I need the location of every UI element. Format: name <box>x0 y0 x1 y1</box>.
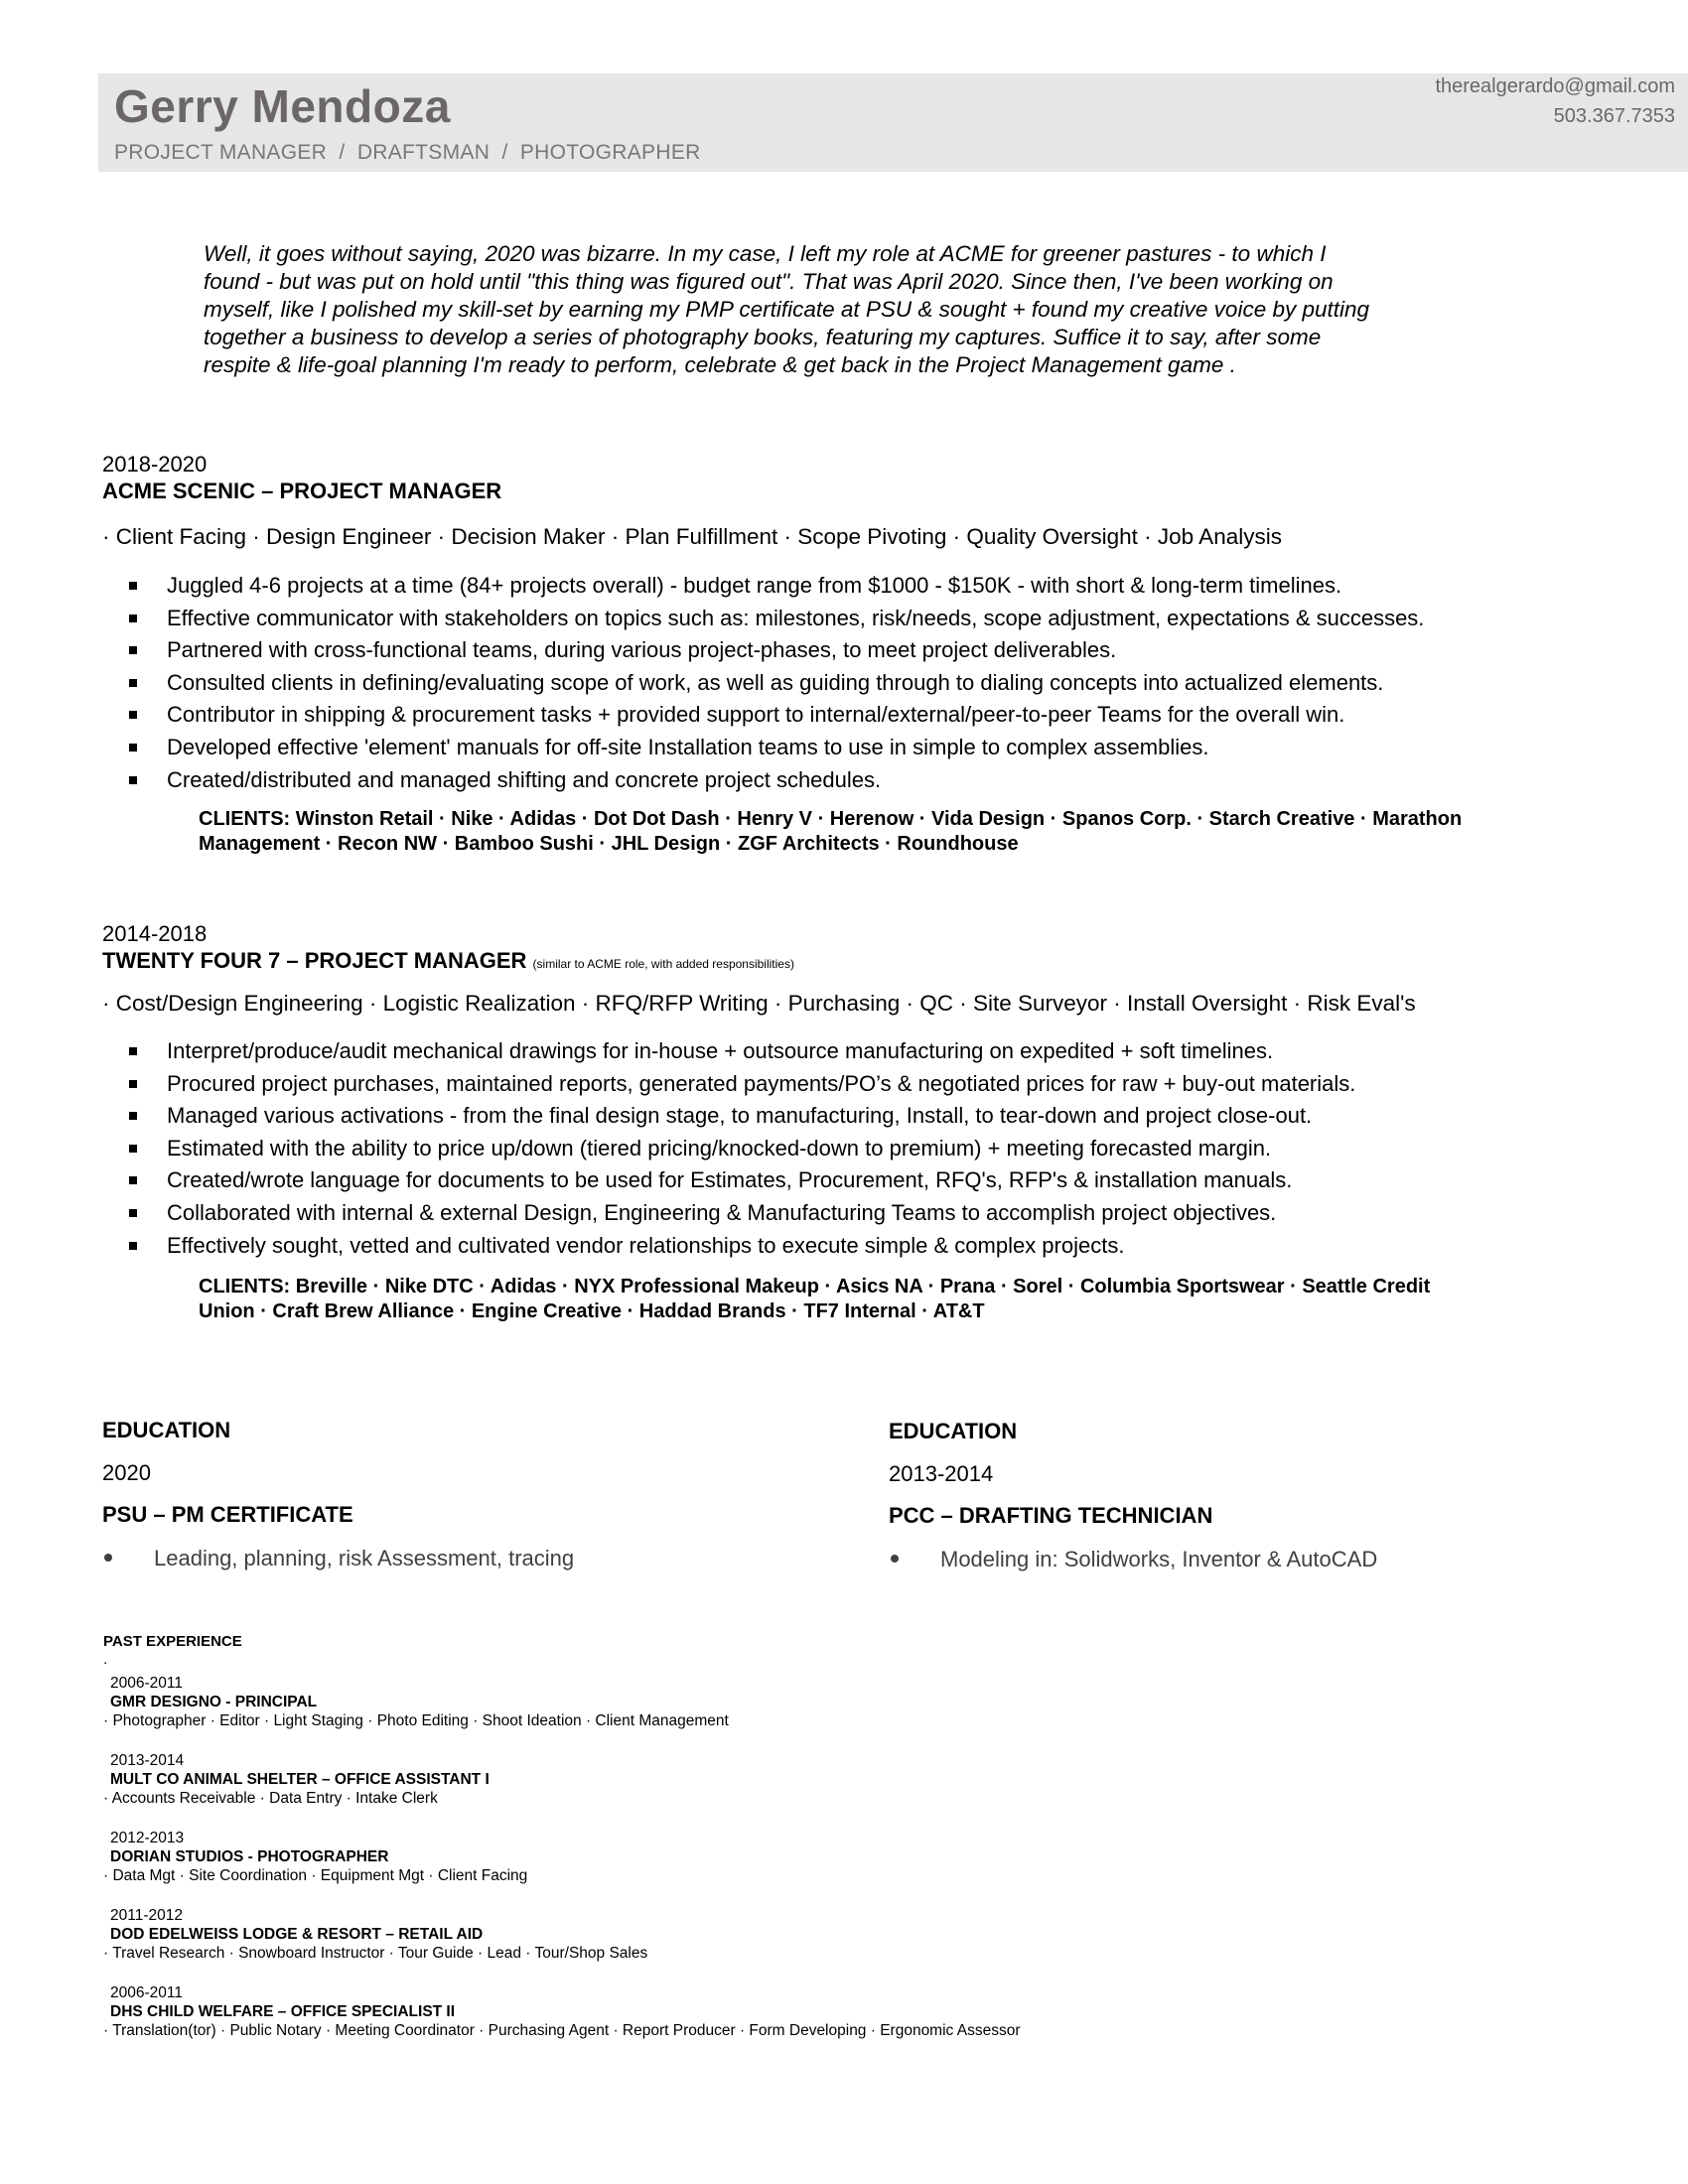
round-bullet-icon <box>104 1554 112 1562</box>
email-link[interactable]: therealgerardo@gmail.com <box>1435 75 1675 98</box>
education-title: PSU – PM CERTIFICATE <box>102 1502 353 1528</box>
bullet-text: Consulted clients in defining/evaluating… <box>167 670 1383 695</box>
list-item: Developed effective 'element' manuals fo… <box>129 732 1424 764</box>
square-bullet-icon <box>129 744 137 751</box>
past-job: 2013-2014 MULT CO ANIMAL SHELTER – OFFIC… <box>103 1751 490 1808</box>
bullet-text: Estimated with the ability to price up/d… <box>167 1136 1271 1160</box>
education-years: 2013-2014 <box>889 1461 993 1487</box>
bullet-text: Managed various activations - from the f… <box>167 1103 1312 1128</box>
list-item: Contributor in shipping & procurement ta… <box>129 699 1424 732</box>
job-title: ACME SCENIC – PROJECT MANAGER <box>102 478 501 504</box>
square-bullet-icon <box>129 1145 137 1153</box>
square-bullet-icon <box>129 614 137 622</box>
intro-paragraph: Well, it goes without saying, 2020 was b… <box>204 240 1534 379</box>
list-item: Created/distributed and managed shifting… <box>129 764 1424 797</box>
past-job-years: 2011-2012 <box>103 1906 647 1925</box>
list-item: Interpret/produce/audit mechanical drawi… <box>129 1035 1355 1068</box>
intro-line: respite & life-goal planning I'm ready t… <box>204 351 1534 379</box>
education-bullet-text: Leading, planning, risk Assessment, trac… <box>154 1546 574 1570</box>
square-bullet-icon <box>129 646 137 654</box>
past-job: 2006-2011 DHS CHILD WELFARE – OFFICE SPE… <box>103 1983 1020 2040</box>
clients-list: CLIENTS: Breville · Nike DTC · Adidas · … <box>199 1275 1589 1324</box>
list-item: Effectively sought, vetted and cultivate… <box>129 1230 1355 1263</box>
list-item: Collaborated with internal & external De… <box>129 1197 1355 1230</box>
job-title-text: ACME SCENIC – PROJECT MANAGER <box>102 478 501 503</box>
square-bullet-icon <box>129 776 137 784</box>
past-job-skills: · Photographer · Editor · Light Staging … <box>103 1711 729 1730</box>
list-item: Juggled 4-6 projects at a time (84+ proj… <box>129 570 1424 603</box>
intro-line: together a business to develop a series … <box>204 324 1534 351</box>
past-job-skills: · Accounts Receivable · Data Entry · Int… <box>103 1789 490 1808</box>
education-bullet: Leading, planning, risk Assessment, trac… <box>104 1546 574 1571</box>
bullet-text: Effective communicator with stakeholders… <box>167 606 1424 630</box>
square-bullet-icon <box>129 1112 137 1120</box>
clients-line: Management · Recon NW · Bamboo Sushi · J… <box>199 832 1589 857</box>
intro-line: myself, like I polished my skill-set by … <box>204 296 1534 324</box>
clients-line: CLIENTS: Winston Retail · Nike · Adidas … <box>199 807 1589 832</box>
list-item: Created/wrote language for documents to … <box>129 1164 1355 1197</box>
square-bullet-icon <box>129 1209 137 1217</box>
bullet-text: Partnered with cross-functional teams, d… <box>167 637 1116 662</box>
past-job-title: DORIAN STUDIOS - PHOTOGRAPHER <box>103 1847 527 1866</box>
candidate-name: Gerry Mendoza <box>114 79 451 133</box>
square-bullet-icon <box>129 582 137 590</box>
list-item: Partnered with cross-functional teams, d… <box>129 634 1424 667</box>
education-title: PCC – DRAFTING TECHNICIAN <box>889 1503 1212 1529</box>
list-item: Estimated with the ability to price up/d… <box>129 1133 1355 1165</box>
bullet-text: Created/distributed and managed shifting… <box>167 767 881 792</box>
square-bullet-icon <box>129 679 137 687</box>
clients-line: CLIENTS: Breville · Nike DTC · Adidas · … <box>199 1275 1589 1299</box>
past-job-title: GMR DESIGNO - PRINCIPAL <box>103 1693 729 1711</box>
past-experience-separator: . <box>103 1651 107 1668</box>
list-item: Effective communicator with stakeholders… <box>129 603 1424 635</box>
bullet-text: Procured project purchases, maintained r… <box>167 1071 1355 1096</box>
bullet-text: Effectively sought, vetted and cultivate… <box>167 1233 1124 1258</box>
education-years: 2020 <box>102 1460 151 1486</box>
phone-number: 503.367.7353 <box>1554 105 1675 128</box>
bullet-text: Interpret/produce/audit mechanical drawi… <box>167 1038 1273 1063</box>
past-experience-heading: PAST EXPERIENCE <box>103 1633 242 1650</box>
past-job-title: DOD EDELWEISS LODGE & RESORT – RETAIL AI… <box>103 1925 647 1944</box>
past-job: 2012-2013 DORIAN STUDIOS - PHOTOGRAPHER … <box>103 1829 527 1885</box>
intro-line: found - but was put on hold until "this … <box>204 268 1534 296</box>
past-job-skills: · Data Mgt · Site Coordination · Equipme… <box>103 1866 527 1885</box>
past-job: 2011-2012 DOD EDELWEISS LODGE & RESORT –… <box>103 1906 647 1963</box>
square-bullet-icon <box>129 1242 137 1250</box>
candidate-roles: PROJECT MANAGER / DRAFTSMAN / PHOTOGRAPH… <box>114 141 701 165</box>
past-job: 2006-2011 GMR DESIGNO - PRINCIPAL · Phot… <box>103 1674 729 1730</box>
bullet-text: Contributor in shipping & procurement ta… <box>167 702 1344 727</box>
bullet-text: Collaborated with internal & external De… <box>167 1200 1276 1225</box>
square-bullet-icon <box>129 1047 137 1055</box>
list-item: Consulted clients in defining/evaluating… <box>129 667 1424 700</box>
past-job-years: 2013-2014 <box>103 1751 490 1770</box>
bullet-text: Created/wrote language for documents to … <box>167 1167 1292 1192</box>
past-job-years: 2012-2013 <box>103 1829 527 1847</box>
job-bullets: Juggled 4-6 projects at a time (84+ proj… <box>129 570 1424 796</box>
list-item: Procured project purchases, maintained r… <box>129 1068 1355 1101</box>
job-bullets: Interpret/produce/audit mechanical drawi… <box>129 1035 1355 1262</box>
past-job-title: DHS CHILD WELFARE – OFFICE SPECIALIST II <box>103 2002 1020 2021</box>
job-years: 2014-2018 <box>102 921 207 947</box>
job-skills: · Client Facing · Design Engineer · Deci… <box>102 524 1282 550</box>
round-bullet-icon <box>891 1555 899 1563</box>
job-years: 2018-2020 <box>102 452 207 478</box>
job-title-note: (similar to ACME role, with added respon… <box>533 957 794 971</box>
education-heading: EDUCATION <box>102 1418 230 1443</box>
clients-line: Union · Craft Brew Alliance · Engine Cre… <box>199 1299 1589 1324</box>
square-bullet-icon <box>129 1176 137 1184</box>
education-heading: EDUCATION <box>889 1419 1017 1444</box>
past-job-years: 2006-2011 <box>103 1983 1020 2002</box>
list-item: Managed various activations - from the f… <box>129 1100 1355 1133</box>
education-bullet-text: Modeling in: Solidworks, Inventor & Auto… <box>940 1547 1377 1571</box>
square-bullet-icon <box>129 711 137 719</box>
square-bullet-icon <box>129 1080 137 1088</box>
past-job-skills: · Travel Research · Snowboard Instructor… <box>103 1944 647 1963</box>
past-job-skills: · Translation(tor) · Public Notary · Mee… <box>103 2021 1020 2040</box>
bullet-text: Juggled 4-6 projects at a time (84+ proj… <box>167 573 1341 598</box>
job-title-text: TWENTY FOUR 7 – PROJECT MANAGER <box>102 948 526 973</box>
bullet-text: Developed effective 'element' manuals fo… <box>167 735 1208 759</box>
job-title: TWENTY FOUR 7 – PROJECT MANAGER (similar… <box>102 948 794 974</box>
education-bullet: Modeling in: Solidworks, Inventor & Auto… <box>891 1547 1377 1572</box>
past-job-years: 2006-2011 <box>103 1674 729 1693</box>
job-skills: · Cost/Design Engineering · Logistic Rea… <box>102 991 1416 1017</box>
intro-line: Well, it goes without saying, 2020 was b… <box>204 240 1534 268</box>
clients-list: CLIENTS: Winston Retail · Nike · Adidas … <box>199 807 1589 857</box>
past-job-title: MULT CO ANIMAL SHELTER – OFFICE ASSISTAN… <box>103 1770 490 1789</box>
